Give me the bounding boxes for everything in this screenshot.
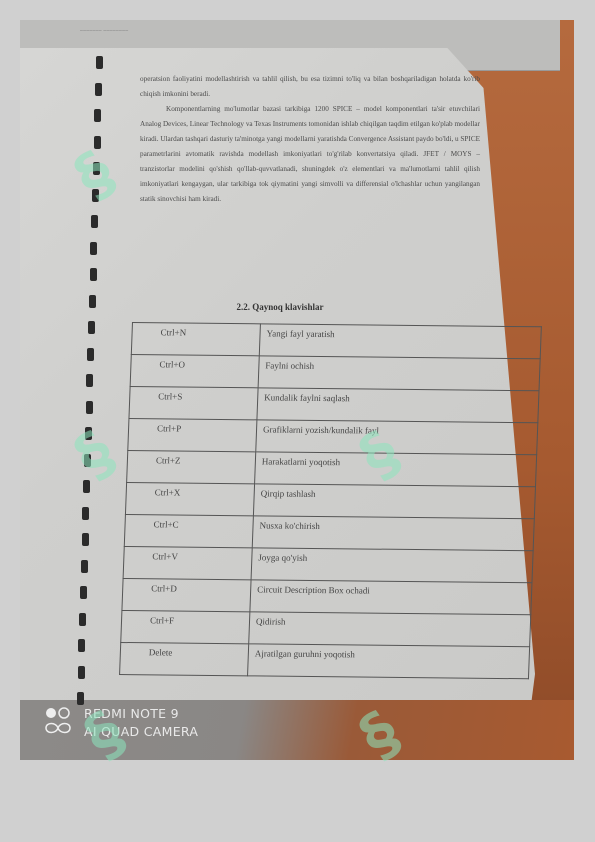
hotkey-action: Circuit Description Box ochadi <box>250 580 532 615</box>
hotkey-action: Nusxa ko'chirish <box>252 516 534 551</box>
binding-hole <box>77 692 84 705</box>
hotkey-key: Ctrl+N <box>131 323 260 356</box>
hotkey-key: Delete <box>120 642 249 675</box>
binding-hole <box>88 321 95 334</box>
camera-lens-icon <box>44 706 72 736</box>
binding-hole <box>95 83 102 96</box>
binding-hole <box>78 639 85 652</box>
binding-hole <box>86 401 93 414</box>
table-row: Ctrl+OFaylni ochish <box>130 355 540 391</box>
hotkey-action: Qirqip tashlash <box>253 484 535 519</box>
binding-hole <box>83 480 90 493</box>
hotkey-action: Joyga qo'yish <box>251 548 533 583</box>
hotkey-action: Faylni ochish <box>258 356 540 391</box>
hotkey-key: Ctrl+O <box>130 355 259 388</box>
table-row: Ctrl+XQirqip tashlash <box>125 482 535 518</box>
binding-hole <box>87 348 94 361</box>
table-row: Ctrl+CNusxa ko'chirish <box>124 514 534 550</box>
table-row: Ctrl+NYangi fayl yaratish <box>131 323 541 359</box>
binding-hole <box>90 242 97 255</box>
binding-hole <box>78 666 85 679</box>
binding-hole <box>81 560 88 573</box>
hotkey-key: Ctrl+C <box>124 514 253 547</box>
main-paragraph: Komponentlarning mo'lumotlar bazasi tark… <box>140 102 480 207</box>
binding-hole <box>79 613 86 626</box>
hotkey-key: Ctrl+P <box>128 418 257 451</box>
hotkey-action: Grafiklarni yozish/kundalik fayl <box>256 420 538 455</box>
binding-hole <box>80 586 87 599</box>
hotkey-action: Qidirish <box>249 612 531 647</box>
table-row: Ctrl+VJoyga qo'yish <box>123 546 533 582</box>
hotkey-key: Ctrl+S <box>129 387 258 420</box>
hotkey-key: Ctrl+Z <box>127 450 256 483</box>
body-text: operatsion faoliyatini modellashtirish v… <box>140 72 480 207</box>
intro-text: operatsion faoliyatini modellashtirish v… <box>140 72 480 102</box>
binding-hole <box>86 374 93 387</box>
binding-hole <box>94 109 101 122</box>
binding-hole <box>89 295 96 308</box>
hotkeys-table: Ctrl+NYangi fayl yaratishCtrl+OFaylni oc… <box>119 322 542 679</box>
hotkey-key: Ctrl+X <box>125 482 254 515</box>
table-row: Ctrl+PGrafiklarni yozish/kundalik fayl <box>128 418 538 454</box>
binding-hole <box>82 533 89 546</box>
binding-hole <box>82 507 89 520</box>
hotkey-key: Ctrl+V <box>123 546 252 579</box>
binding-hole <box>90 268 97 281</box>
table-row: Ctrl+DCircuit Description Box ochadi <box>122 578 532 614</box>
binding-hole <box>94 136 101 149</box>
table-row: Ctrl+SKundalik faylni saqlash <box>129 387 539 423</box>
binding-hole <box>91 215 98 228</box>
hotkey-action: Yangi fayl yaratish <box>259 324 541 359</box>
binding-hole <box>96 56 103 69</box>
section-heading: 2.2. Qaynoq klavishlar <box>130 302 430 312</box>
background-sheet-header: ─────── ──────── <box>80 28 128 33</box>
table-row: DeleteAjratilgan guruhni yoqotish <box>120 642 530 678</box>
hotkey-key: Ctrl+D <box>122 578 251 611</box>
table-row: Ctrl+FQidirish <box>121 610 531 646</box>
hotkey-action: Ajratilgan guruhni yoqotish <box>248 644 530 679</box>
table-row: Ctrl+ZHarakatlarni yoqotish <box>127 450 537 486</box>
hotkey-key: Ctrl+F <box>121 610 250 643</box>
hotkey-action: Kundalik faylni saqlash <box>257 388 539 423</box>
